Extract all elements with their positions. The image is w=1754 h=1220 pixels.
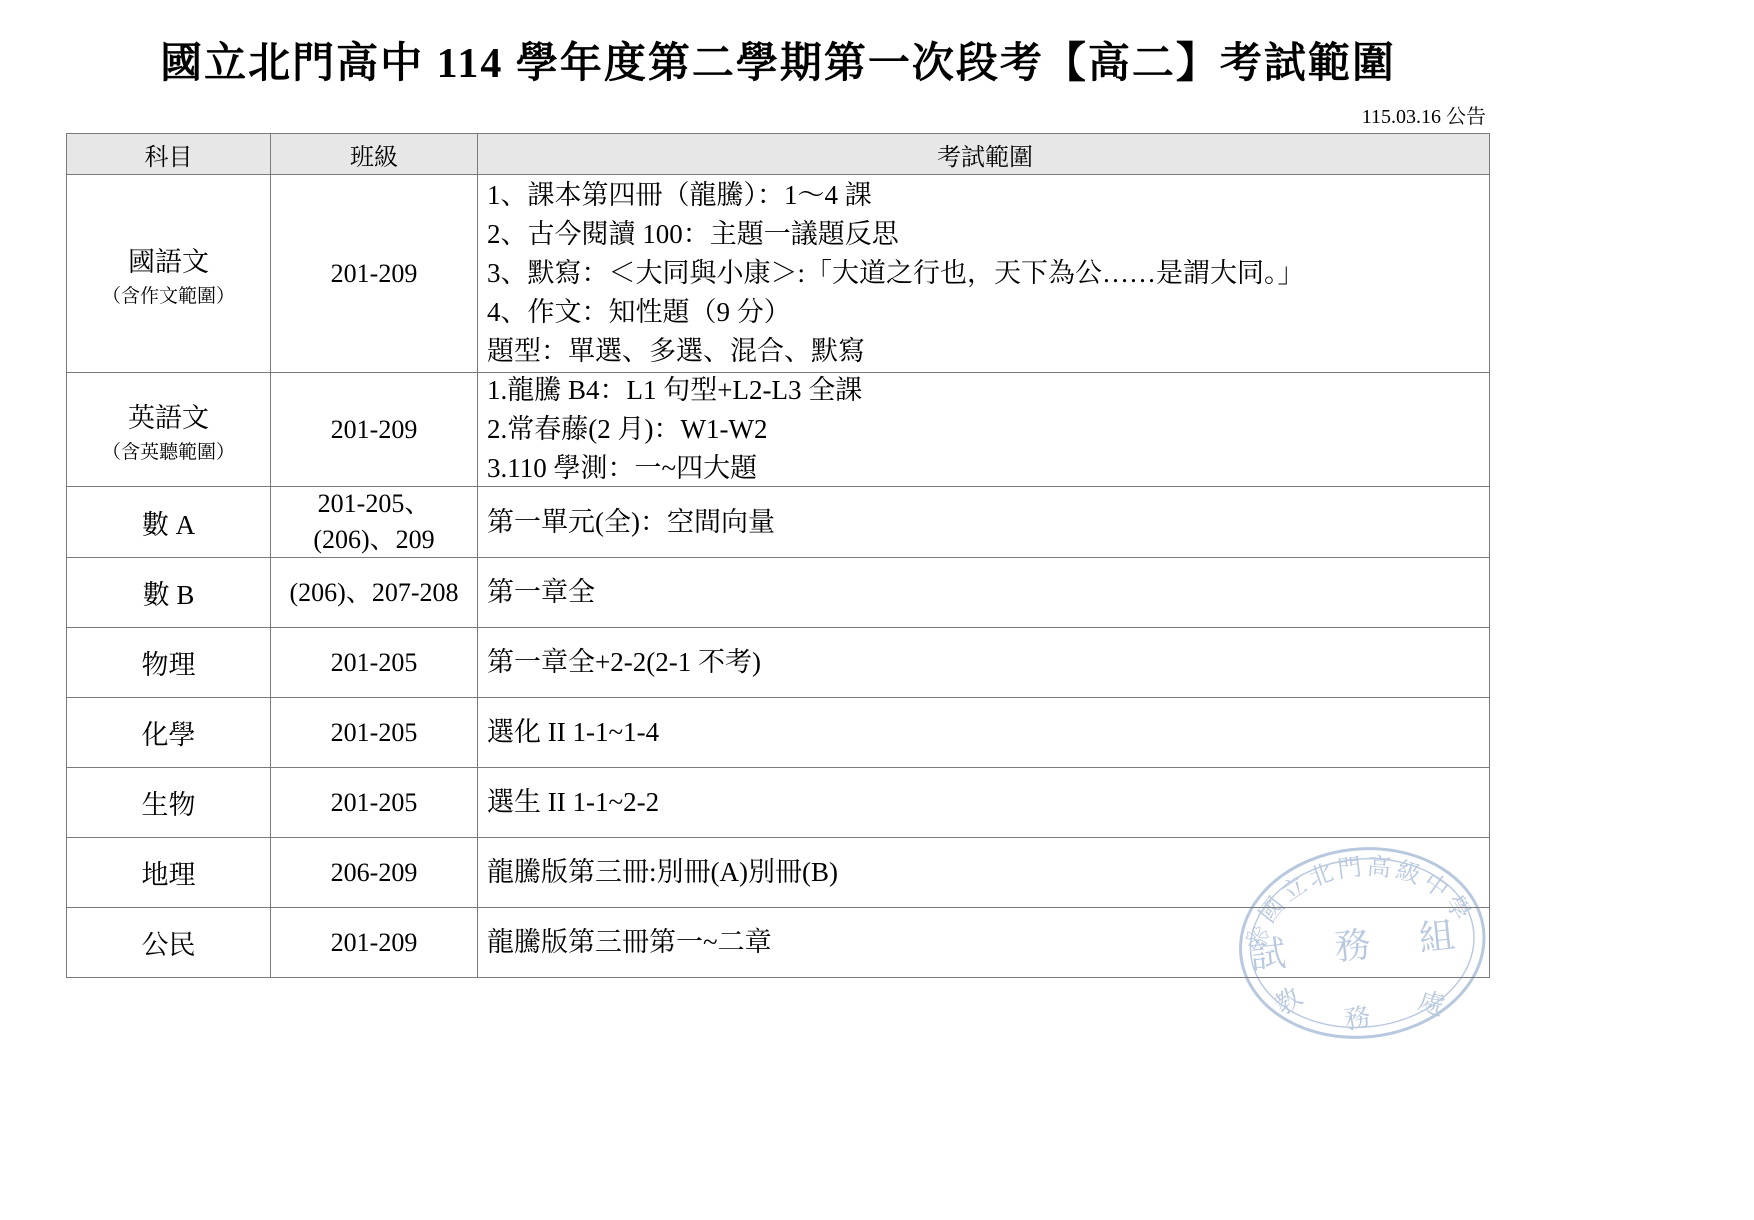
table-row-english: 英語文 （含英聽範圍） 201-209 1.龍騰 B4：L1 句型+L2-L3 …: [67, 373, 1489, 487]
scope-line: 1、課本第四冊（龍騰）：1～4 課: [487, 176, 872, 215]
class-cell: 201-205: [271, 628, 478, 697]
scope-line: 選生 II 1-1~2-2: [487, 783, 659, 822]
subject-cell: 數 B: [67, 558, 271, 627]
subject-cell: 物理: [67, 628, 271, 697]
class-range: 201-205: [331, 645, 418, 681]
subject-cell: 地理: [67, 838, 271, 907]
seal-bottom-char-1: 教: [1270, 982, 1308, 1021]
scope-cell: 第一章全: [478, 558, 1489, 627]
subject-name: 化學: [142, 713, 196, 752]
subject-cell: 英語文 （含英聽範圍）: [67, 373, 271, 486]
subject-cell: 國語文 （含作文範圍）: [67, 175, 271, 372]
header-class: 班級: [271, 134, 478, 174]
scope-cell: 選化 II 1-1~1-4: [478, 698, 1489, 767]
subject-cell: 公民: [67, 908, 271, 977]
subject-name: 數 A: [142, 503, 195, 542]
subject-name: 物理: [142, 643, 196, 682]
scope-line: 1.龍騰 B4：L1 句型+L2-L3 全課: [487, 371, 862, 410]
class-cell: 201-205: [271, 768, 478, 837]
table-row-biology: 生物 201-205 選生 II 1-1~2-2: [67, 768, 1489, 838]
class-cell: 201-205: [271, 698, 478, 767]
subject-name: 國語文: [128, 240, 209, 279]
seal-bottom-char-2: 務: [1342, 1002, 1373, 1035]
table-header-row: 科目 班級 考試範圍: [67, 134, 1489, 175]
class-cell: 201-209: [271, 175, 478, 372]
subject-name: 英語文: [128, 396, 209, 435]
document-body: 國立北門高中 114 學年度第二學期第一次段考【高二】考試範圍 115.03.1…: [66, 0, 1490, 978]
subject-cell: 化學: [67, 698, 271, 767]
scope-line: 題型：單選、多選、混合、默寫: [487, 332, 865, 371]
subject-note: （含英聽範圍）: [102, 437, 235, 464]
scope-cell: 龍騰版第三冊第一~二章: [478, 908, 1489, 977]
class-range: 201-205、 (206)、209: [313, 486, 434, 558]
announce-date: 115.03.16 公告: [66, 100, 1490, 129]
subject-name: 數 B: [143, 573, 195, 612]
subject-name: 公民: [142, 923, 196, 962]
scope-cell: 1、課本第四冊（龍騰）：1～4 課 2、古今閱讀 100：主題一議題反思 3、默…: [478, 175, 1489, 372]
scope-line: 4、作文：知性題（9 分）: [487, 293, 791, 332]
table-row-chemistry: 化學 201-205 選化 II 1-1~1-4: [67, 698, 1489, 768]
class-range: 201-209: [331, 925, 418, 961]
class-range: 201-205: [331, 785, 418, 821]
scope-line: 第一章全: [487, 573, 595, 612]
scope-line: 選化 II 1-1~1-4: [487, 713, 659, 752]
scope-line: 龍騰版第三冊:別冊(A)別冊(B): [487, 853, 838, 892]
document-page: 國立北門高中 114 學年度第二學期第一次段考【高二】考試範圍 115.03.1…: [0, 0, 1754, 1220]
header-subject: 科目: [67, 134, 271, 174]
table-row-math-b: 數 B (206)、207-208 第一章全: [67, 558, 1489, 628]
scope-cell: 第一章全+2-2(2-1 不考): [478, 628, 1489, 697]
header-scope: 考試範圍: [478, 134, 1489, 174]
class-range: 206-209: [331, 855, 418, 891]
scope-line: 3.110 學測：一~四大題: [487, 449, 757, 488]
table-row-geography: 地理 206-209 龍騰版第三冊:別冊(A)別冊(B): [67, 838, 1489, 908]
class-cell: 201-209: [271, 373, 478, 486]
seal-bottom-char-3: 處: [1414, 986, 1448, 1022]
scope-line: 2.常春藤(2 月)：W1-W2: [487, 410, 767, 449]
class-range: 201-209: [331, 412, 418, 448]
table-row-chinese: 國語文 （含作文範圍） 201-209 1、課本第四冊（龍騰）：1～4 課 2、…: [67, 175, 1489, 373]
table-row-math-a: 數 A 201-205、 (206)、209 第一單元(全)：空間向量: [67, 487, 1489, 558]
scope-line: 第一單元(全)：空間向量: [487, 503, 775, 542]
class-cell: 201-205、 (206)、209: [271, 487, 478, 557]
scope-line: 2、古今閱讀 100：主題一議題反思: [487, 215, 899, 254]
subject-cell: 生物: [67, 768, 271, 837]
class-range: 201-209: [331, 256, 418, 292]
scope-line: 第一章全+2-2(2-1 不考): [487, 643, 761, 682]
class-cell: 201-209: [271, 908, 478, 977]
page-title: 國立北門高中 114 學年度第二學期第一次段考【高二】考試範圍: [66, 30, 1490, 90]
class-cell: (206)、207-208: [271, 558, 478, 627]
subject-cell: 數 A: [67, 487, 271, 557]
subject-name: 地理: [142, 853, 196, 892]
class-range: 201-205: [331, 715, 418, 751]
scope-cell: 龍騰版第三冊:別冊(A)別冊(B): [478, 838, 1489, 907]
scope-cell: 1.龍騰 B4：L1 句型+L2-L3 全課 2.常春藤(2 月)：W1-W2 …: [478, 373, 1489, 486]
class-range: (206)、207-208: [290, 575, 459, 611]
scope-cell: 第一單元(全)：空間向量: [478, 487, 1489, 557]
exam-scope-table: 科目 班級 考試範圍 國語文 （含作文範圍） 201-209 1、課本第四冊（龍…: [66, 133, 1490, 978]
scope-line: 3、默寫：＜大同與小康＞:「大道之行也，天下為公……是謂大同。」: [487, 254, 1305, 293]
table-row-civics: 公民 201-209 龍騰版第三冊第一~二章: [67, 908, 1489, 978]
subject-name: 生物: [142, 783, 196, 822]
scope-cell: 選生 II 1-1~2-2: [478, 768, 1489, 837]
class-cell: 206-209: [271, 838, 478, 907]
subject-note: （含作文範圍）: [102, 281, 235, 308]
scope-line: 龍騰版第三冊第一~二章: [487, 923, 772, 962]
table-row-physics: 物理 201-205 第一章全+2-2(2-1 不考): [67, 628, 1489, 698]
